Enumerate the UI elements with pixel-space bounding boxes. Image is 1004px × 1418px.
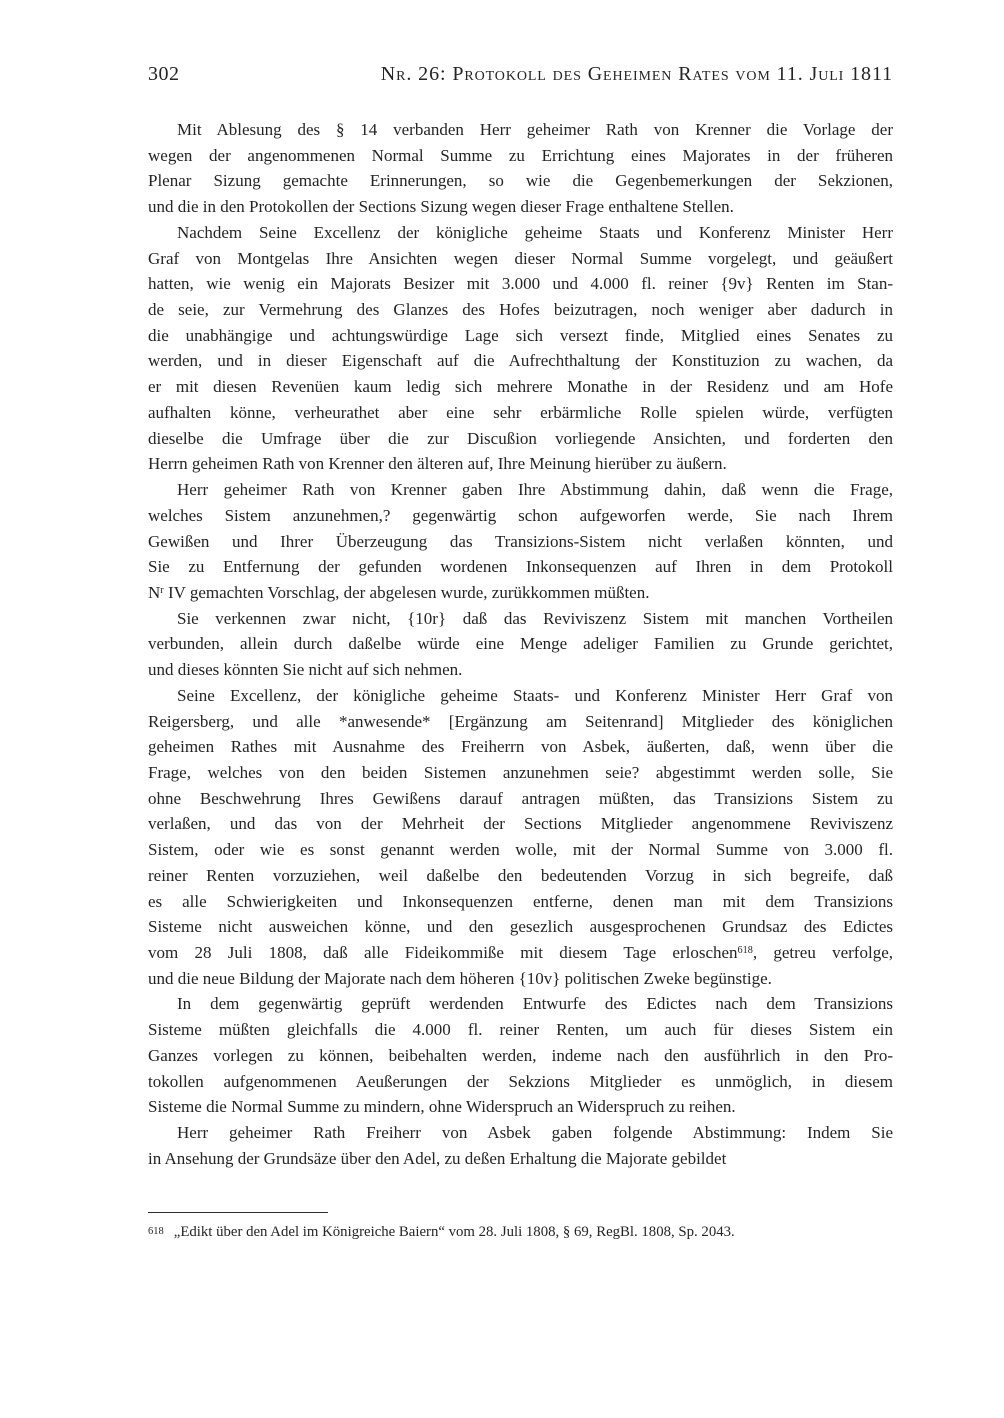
text-line: und die neue Bildung der Majorate nach d… bbox=[148, 966, 893, 992]
text-line: er mit diesen Revenüen kaum ledig sich m… bbox=[148, 374, 893, 400]
running-header-title: Nr. 26: Protokoll des Geheimen Rates vom… bbox=[381, 63, 893, 86]
text-line: Gewißen und Ihrer Überzeugung das Transi… bbox=[148, 529, 893, 555]
text-line: verlaßen, und das von der Mehrheit der S… bbox=[148, 811, 893, 837]
paragraph: Sie verkennen zwar nicht, {10r} daß das … bbox=[148, 606, 893, 683]
text-line: Herrn geheimen Rath von Krenner den älte… bbox=[148, 451, 893, 477]
text-line: Plenar Sizung gemachte Erinnerungen, so … bbox=[148, 168, 893, 194]
text-line: Sisteme die Normal Summe zu mindern, ohn… bbox=[148, 1094, 893, 1120]
text-line: dieselbe die Umfrage über die zur Discuß… bbox=[148, 426, 893, 452]
footnote-number: 618 bbox=[148, 1222, 164, 1241]
paragraph: Herr geheimer Rath Freiherr von Asbek ga… bbox=[148, 1120, 893, 1171]
text-line: Frage, welches von den beiden Sistemen a… bbox=[148, 760, 893, 786]
text-line: Nachdem Seine Excellenz der königliche g… bbox=[148, 220, 893, 246]
text-line: Sistem, oder wie es sonst genannt werden… bbox=[148, 837, 893, 863]
text-line: Ganzes vorlegen zu können, beibehalten w… bbox=[148, 1043, 893, 1069]
text-line: und dieses könnten Sie nicht auf sich ne… bbox=[148, 657, 893, 683]
running-head: 302 Nr. 26: Protokoll des Geheimen Rates… bbox=[148, 63, 893, 86]
text-line: reiner Renten vorzuziehen, weil daßelbe … bbox=[148, 863, 893, 889]
text-line: ohne Beschwehrung Ihres Gewißens darauf … bbox=[148, 786, 893, 812]
text-line: In dem gegenwärtig geprüft werdenden Ent… bbox=[148, 991, 893, 1017]
footnote-rule bbox=[148, 1212, 328, 1213]
body-text: Mit Ablesung des § 14 verbanden Herr geh… bbox=[148, 117, 893, 1171]
text-line: Mit Ablesung des § 14 verbanden Herr geh… bbox=[148, 117, 893, 143]
superscript-reference: 618 bbox=[738, 945, 753, 956]
page-number: 302 bbox=[148, 63, 180, 86]
footnote: 618 „Edikt über den Adel im Königreiche … bbox=[148, 1223, 893, 1242]
text-line: Herr geheimer Rath von Krenner gaben Ihr… bbox=[148, 477, 893, 503]
text-line: tokollen aufgenommenen Aeußerungen der S… bbox=[148, 1069, 893, 1095]
text-line: Sie verkennen zwar nicht, {10r} daß das … bbox=[148, 606, 893, 632]
text-line: de seie, zur Vermehrung des Glanzes des … bbox=[148, 297, 893, 323]
text-line: Sisteme müßten gleichfalls die 4.000 fl.… bbox=[148, 1017, 893, 1043]
text-line: Reigersberg, und alle *anwesende* [Ergän… bbox=[148, 709, 893, 735]
text-line: Nr IV gemachten Vorschlag, der abgelesen… bbox=[148, 580, 893, 606]
text-line: Sisteme nicht ausweichen könne, und den … bbox=[148, 914, 893, 940]
text-line: Graf von Montgelas Ihre Ansichten wegen … bbox=[148, 246, 893, 272]
text-line: geheimen Rathes mit Ausnahme des Freiher… bbox=[148, 734, 893, 760]
paragraph: Herr geheimer Rath von Krenner gaben Ihr… bbox=[148, 477, 893, 606]
text-line: die unabhängige und achtungswürdige Lage… bbox=[148, 323, 893, 349]
superscript-reference: r bbox=[160, 585, 163, 596]
footnote-text: „Edikt über den Adel im Königreiche Baie… bbox=[174, 1223, 893, 1242]
text-line: Seine Excellenz, der königliche geheime … bbox=[148, 683, 893, 709]
text-line: Herr geheimer Rath Freiherr von Asbek ga… bbox=[148, 1120, 893, 1146]
text-line: vom 28 Juli 1808, daß alle Fideikommiße … bbox=[148, 940, 893, 966]
text-line: es alle Schwierigkeiten und Inkonsequenz… bbox=[148, 889, 893, 915]
text-line: welches Sistem anzunehmen,? gegenwärtig … bbox=[148, 503, 893, 529]
paragraph: Mit Ablesung des § 14 verbanden Herr geh… bbox=[148, 117, 893, 220]
text-line: und die in den Protokollen der Sections … bbox=[148, 194, 893, 220]
paragraph: Seine Excellenz, der königliche geheime … bbox=[148, 683, 893, 992]
footnote-section: 618 „Edikt über den Adel im Königreiche … bbox=[148, 1212, 893, 1242]
text-line: werden, und in dieser Eigenschaft auf di… bbox=[148, 348, 893, 374]
text-line: verbunden, allein durch daßelbe würde ei… bbox=[148, 631, 893, 657]
text-line: aufhalten könne, verheurathet aber eine … bbox=[148, 400, 893, 426]
text-line: in Ansehung der Grundsäze über den Adel,… bbox=[148, 1146, 893, 1172]
paragraph: Nachdem Seine Excellenz der königliche g… bbox=[148, 220, 893, 477]
book-page: 302 Nr. 26: Protokoll des Geheimen Rates… bbox=[0, 0, 1004, 1418]
text-line: wegen der angenommenen Normal Summe zu E… bbox=[148, 143, 893, 169]
paragraph: In dem gegenwärtig geprüft werdenden Ent… bbox=[148, 991, 893, 1120]
text-line: hatten, wie wenig ein Majorats Besizer m… bbox=[148, 271, 893, 297]
text-line: Sie zu Entfernung der gefunden wordenen … bbox=[148, 554, 893, 580]
